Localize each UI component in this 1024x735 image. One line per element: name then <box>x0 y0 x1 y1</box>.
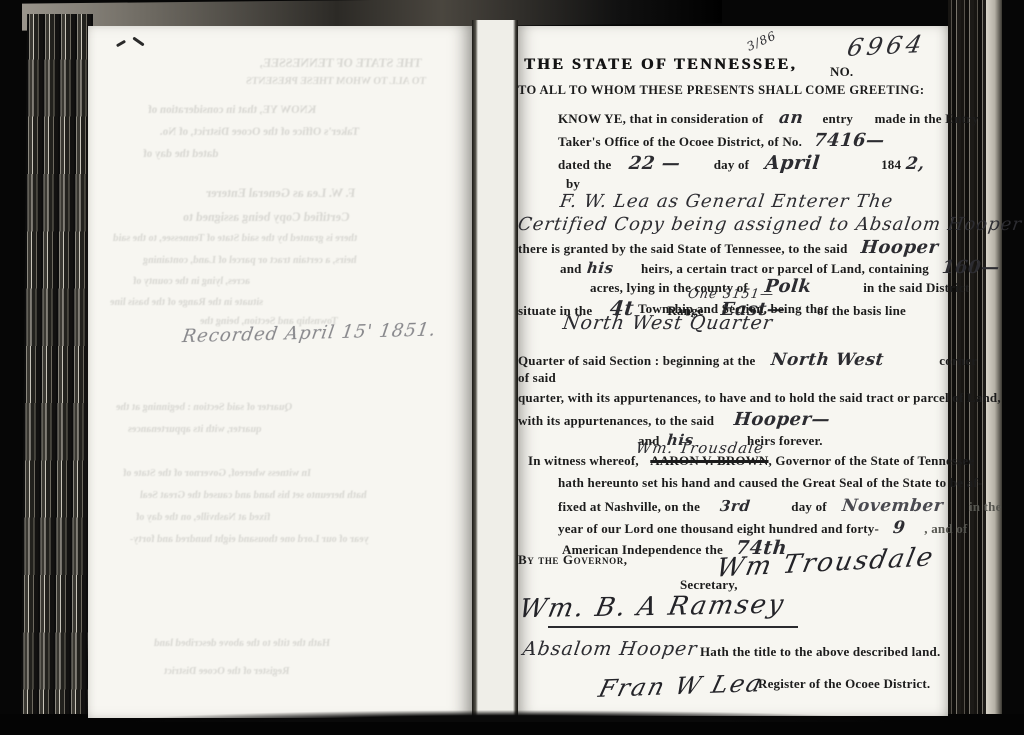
book-left-page-edges <box>21 14 93 735</box>
line-heirs: and his heirs, a certain tract or parcel… <box>560 257 1000 278</box>
ink-mark <box>116 40 126 48</box>
ghost-text-line: year of our Lord one thousand eight hund… <box>129 534 369 545</box>
printed-text: in the <box>969 499 1002 515</box>
ghost-text-line: In witness whereof, Governor of the Stat… <box>122 468 311 479</box>
ghost-text-line: THE STATE OF TENNESSEE, <box>259 56 422 71</box>
handwritten-seal-day: 3rd <box>719 497 751 515</box>
ghost-text-line: Certified Copy being assigned to <box>182 210 350 225</box>
printed-text: year of our Lord one thousand eight hund… <box>558 521 879 537</box>
grant-number: 6964 <box>845 30 928 62</box>
line-hath-title: Hath the title to the above described la… <box>700 644 940 660</box>
scanned-book-spread: THE STATE OF TENNESSEE,TO ALL TO WHOM TH… <box>0 0 1024 735</box>
ghost-text-line: Taker's Office of the Ocoee District, of… <box>159 126 359 138</box>
printed-text: there is granted by the said State of Te… <box>518 241 848 257</box>
ink-mark <box>132 37 144 47</box>
line-takers-office: Taker's Office of the Ocoee District, of… <box>558 130 884 151</box>
printed-text: dated the <box>558 157 611 173</box>
document-title: THE STATE OF TENNESSEE, <box>524 56 797 74</box>
signature-underline <box>548 626 798 628</box>
register-signature: Fran W Lea <box>596 669 767 703</box>
book-gutter <box>472 20 518 720</box>
line-appurtenances-2: with its appurtenances, to the said Hoop… <box>518 409 830 430</box>
salutation: TO ALL TO WHOM THESE PRESENTS SHALL COME… <box>518 83 924 98</box>
ghost-text-line: dated the day of <box>142 148 219 160</box>
printed-text: Quarter of said Section : beginning at t… <box>518 353 755 369</box>
ghost-text-line: there is granted by the said State of Te… <box>112 233 357 244</box>
ghost-text-line: acres, lying in the county of <box>132 276 250 287</box>
printed-text: with its appurtenances, to the said <box>518 413 714 429</box>
handwritten-entry: an <box>778 108 804 128</box>
no-label: NO. <box>830 64 853 80</box>
ghost-text-line: hath hereunto set his hand and caused th… <box>139 490 367 501</box>
ghost-text-line: Register of the Ocoee District <box>163 666 289 677</box>
handwritten-township-section: One 3151— <box>687 287 775 302</box>
line-hath-hereunto: hath hereunto set his hand and caused th… <box>558 475 982 491</box>
line-by: by <box>566 176 580 192</box>
printed-text: corner <box>939 353 977 369</box>
ghost-text-line: F. W. Lea as General Enterer <box>205 186 356 201</box>
line-appurtenances-1: quarter, with its appurtenances, to have… <box>518 390 1001 406</box>
ghost-text-line: TO ALL TO WHOM THESE PRESENTS <box>245 76 426 87</box>
handwritten-year-digit: 2, <box>905 154 926 174</box>
printed-text: and <box>560 261 582 277</box>
ghost-text-line: KNOW YE, that in consideration of <box>147 104 316 116</box>
ghost-text-line: fixed at Nashville, on the day of <box>135 512 270 523</box>
printed-text: in the said District <box>863 280 969 296</box>
line-know-ye: KNOW YE, that in consideration of an ent… <box>558 108 979 128</box>
handwritten-his: his <box>586 259 614 277</box>
page-number-note: 3/86 <box>744 28 778 53</box>
handwritten-day: 22 — <box>628 153 682 174</box>
printed-text: Taker's Office of the Ocoee District, of… <box>558 134 802 150</box>
handwritten-grantee: Hooper— <box>733 409 831 430</box>
printed-text: heirs, a certain tract or parcel of Land… <box>641 261 929 277</box>
handwritten-assignment-2: Certified Copy being assigned to Absalom… <box>517 214 1024 235</box>
handwritten-assignment-1: F. W. Lea as General Enterer The <box>559 191 895 212</box>
struck-governor-name: AARON V. BROWN <box>650 453 768 469</box>
printed-text: day of <box>714 157 750 173</box>
book-right-cover-edge <box>986 0 1002 735</box>
ghost-text-line: Hath the title to the above described la… <box>153 638 330 649</box>
printed-text: made in the Entry <box>875 111 979 127</box>
printed-text: , Governor of the State of Tennessee <box>769 453 975 469</box>
handwritten-title-holder: Absalom Hooper <box>521 638 699 660</box>
handwritten-month: April <box>764 152 821 174</box>
handwritten-acreage: 160— <box>941 257 1001 278</box>
printed-text: day of <box>791 499 827 515</box>
handwritten-year-digit: 9 <box>891 518 905 538</box>
printed-text: In witness whereof, <box>528 453 639 469</box>
ghost-text-line: heirs, a certain tract or parcel of Land… <box>142 255 357 266</box>
handwritten-corner: North West <box>770 350 885 370</box>
handwritten-grantee: Hooper <box>860 237 940 258</box>
printed-text: 184 <box>881 157 901 173</box>
printed-text: , and of <box>924 521 967 537</box>
bottom-page-shadow <box>60 700 960 722</box>
ramsey-signature: Wm. B. A Ramsey <box>517 590 788 625</box>
line-dated: dated the 22 — day of April 184 2, <box>558 152 924 174</box>
line-year-of-lord: year of our Lord one thousand eight hund… <box>558 518 967 538</box>
line-fixed-nashville: fixed at Nashville, on the 3rd day of No… <box>558 496 1002 516</box>
ghost-text-layer: THE STATE OF TENNESSEE,TO ALL TO WHOM TH… <box>88 26 472 718</box>
handwritten-quarter-name: North West Quarter <box>561 312 774 334</box>
ghost-text-line: quarter, with its appurtenances <box>127 424 262 435</box>
left-page: THE STATE OF TENNESSEE,TO ALL TO WHOM TH… <box>88 26 472 718</box>
ghost-text-line: situate in the Range of the basis line <box>109 297 263 308</box>
printed-text: entry <box>823 111 854 127</box>
gutter-shadow-left <box>472 20 478 720</box>
line-register-title: Register of the Ocoee District. <box>758 676 930 692</box>
line-acres: acres, lying in the county of Polk in th… <box>590 276 969 297</box>
recorded-note: Recorded April 15' 1851. <box>181 320 438 348</box>
right-page-land-grant: 3/86 6964 THE STATE OF TENNESSEE, NO. TO… <box>518 26 948 716</box>
line-granted: there is granted by the said State of Te… <box>518 237 939 258</box>
printed-text: KNOW YE, that in consideration of <box>558 111 763 127</box>
printed-text: of the basis line <box>817 303 906 319</box>
line-of-said: of said <box>518 370 556 386</box>
line-in-witness: In witness whereof, AARON V. BROWN, Gove… <box>528 453 974 469</box>
line-by-governor: By the Governor, <box>518 552 628 568</box>
line-quarter: Quarter of said Section : beginning at t… <box>518 350 977 370</box>
ghost-text-line: Quarter of said Section : beginning at t… <box>115 402 292 413</box>
handwritten-seal-month: November <box>841 496 944 516</box>
printed-text: fixed at Nashville, on the <box>558 499 700 515</box>
handwritten-entry-number: 7416— <box>812 130 885 151</box>
